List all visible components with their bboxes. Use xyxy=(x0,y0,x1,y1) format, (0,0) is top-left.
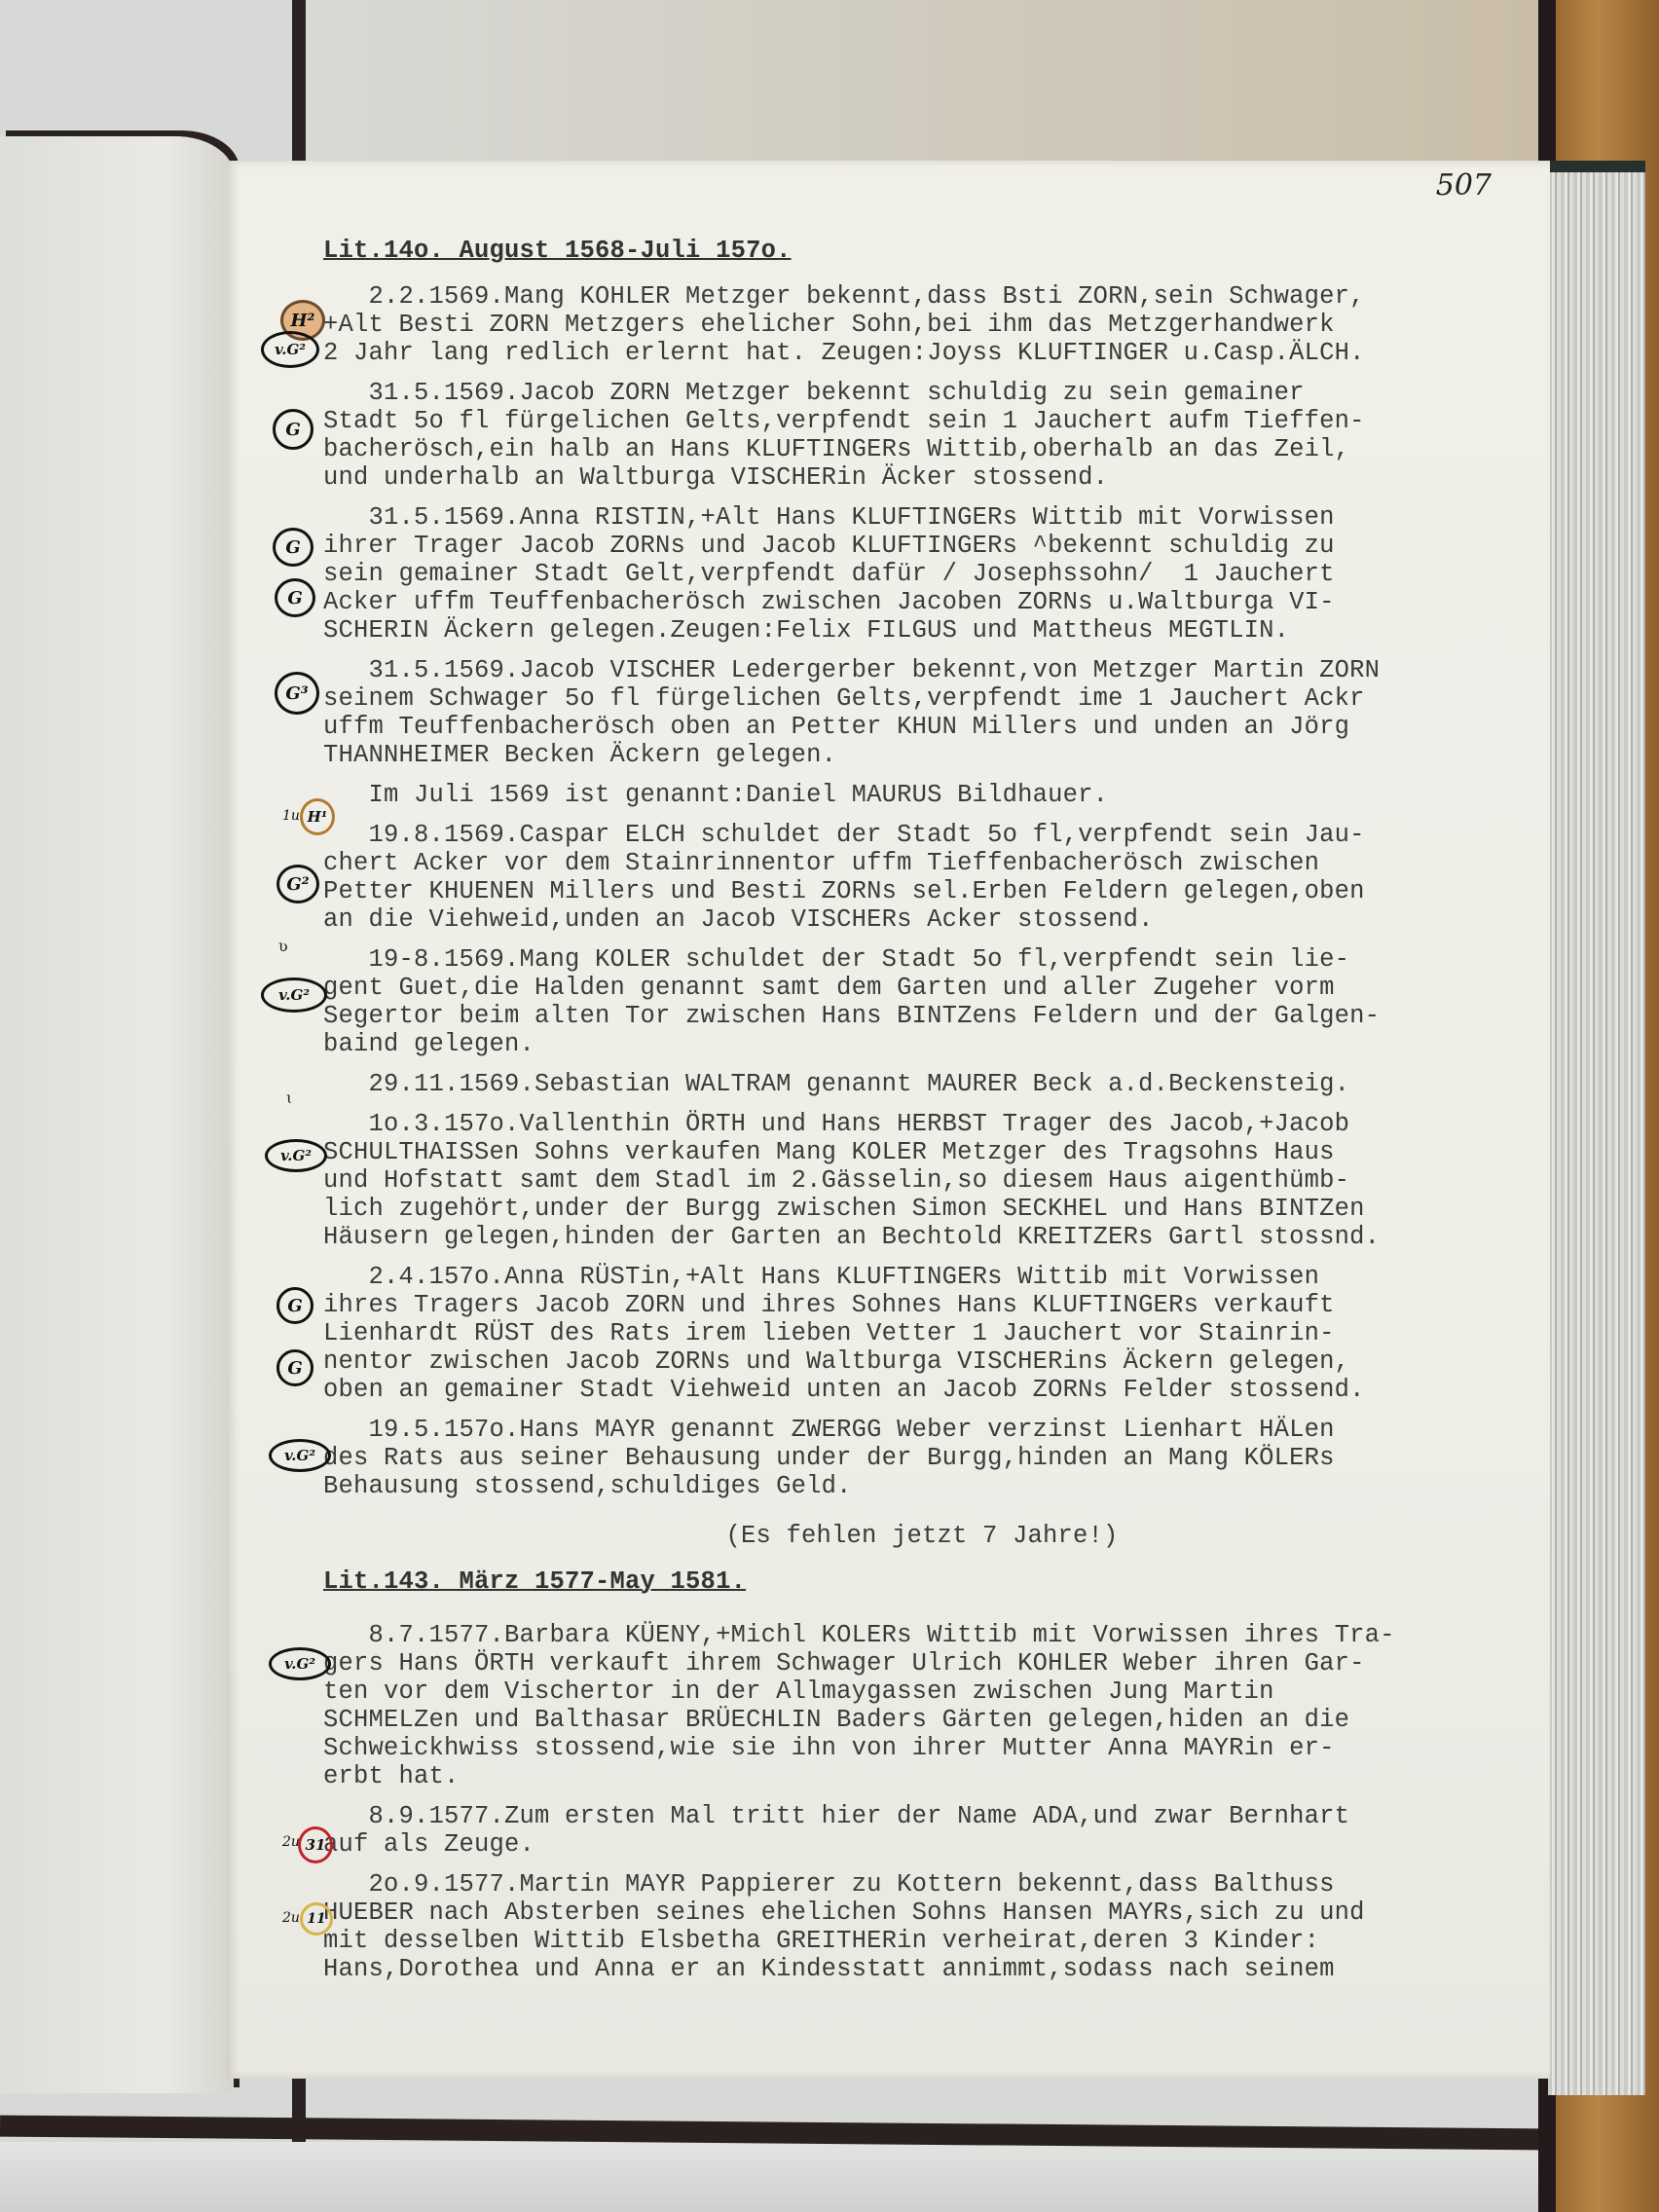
text-line: 31.5.1569.Anna RISTIN,+Alt Hans KLUFTING… xyxy=(323,503,1521,532)
record-entry: 8.9.1577.Zum ersten Mal tritt hier der N… xyxy=(323,1802,1521,1859)
text-line: Schweickhwiss stossend,wie sie ihn von i… xyxy=(323,1734,1521,1762)
text-line: mit desselben Wittib Elsbetha GREITHERin… xyxy=(323,1927,1521,1955)
text-line: ten vor dem Vischertor in der Allmaygass… xyxy=(323,1677,1521,1706)
gap-note: (Es fehlen jetzt 7 Jahre!) xyxy=(323,1522,1521,1550)
text-line: 2 Jahr lang redlich erlernt hat. Zeugen:… xyxy=(323,339,1521,367)
text-line: oben an gemainer Stadt Viehweid unten an… xyxy=(323,1376,1521,1404)
text-line: 31.5.1569.Jacob VISCHER Ledergerber beke… xyxy=(323,656,1521,684)
text-line: ihrer Trager Jacob ZORNs und Jacob KLUFT… xyxy=(323,532,1521,560)
text-line: Behausung stossend,schuldiges Geld. xyxy=(323,1472,1521,1500)
record-entry: 31.5.1569.Anna RISTIN,+Alt Hans KLUFTING… xyxy=(323,503,1521,645)
text-line: erbt hat. xyxy=(323,1762,1521,1790)
text-line: Petter KHUENEN Millers und Besti ZORNs s… xyxy=(323,877,1521,905)
annotation-prefix: 2u xyxy=(282,1910,300,1926)
text-line: bacherösch,ein halb an Hans KLUFTINGERs … xyxy=(323,435,1521,463)
annotation-mark: v.G² xyxy=(261,331,319,368)
text-line: des Rats aus seiner Behausung under der … xyxy=(323,1444,1521,1472)
annotation-mark: H¹ xyxy=(300,798,335,835)
annotation-tick: ɩ xyxy=(286,1088,292,1107)
text-line: SCHULTHAISSen Sohns verkaufen Mang KOLER… xyxy=(323,1138,1521,1166)
annotation-mark: G xyxy=(273,409,313,450)
text-line: 2.4.157o.Anna RÜSTin,+Alt Hans KLUFTINGE… xyxy=(323,1263,1521,1291)
section-heading: Lit.14o. August 1568-Juli 157o. xyxy=(323,237,1521,265)
annotation-prefix: 1u xyxy=(282,808,300,824)
text-line: Im Juli 1569 ist genannt:Daniel MAURUS B… xyxy=(323,781,1521,809)
text-line: 31.5.1569.Jacob ZORN Metzger bekennt sch… xyxy=(323,379,1521,407)
text-line: auf als Zeuge. xyxy=(323,1830,1521,1859)
text-line: gent Guet,die Halden genannt samt dem Ga… xyxy=(323,974,1521,1002)
text-line: 8.7.1577.Barbara KÜENY,+Michl KOLERs Wit… xyxy=(323,1621,1521,1649)
annotation-mark: G xyxy=(273,528,313,567)
text-line: und underhalb an Waltburga VISCHERin Äck… xyxy=(323,463,1521,492)
annotation-mark: G xyxy=(275,578,315,617)
record-entry: 29.11.1569.Sebastian WALTRAM genannt MAU… xyxy=(323,1070,1521,1098)
record-entry: 19-8.1569.Mang KOLER schuldet der Stadt … xyxy=(323,945,1521,1058)
annotation-mark: G xyxy=(276,1287,313,1324)
text-line: ihres Tragers Jacob ZORN und ihres Sohne… xyxy=(323,1291,1521,1319)
text-line: 1o.3.157o.Vallenthin ÖRTH und Hans HERBS… xyxy=(323,1110,1521,1138)
record-entry: Im Juli 1569 ist genannt:Daniel MAURUS B… xyxy=(323,781,1521,809)
section-heading: Lit.143. März 1577-May 1581. xyxy=(323,1567,1521,1596)
text-line: 19-8.1569.Mang KOLER schuldet der Stadt … xyxy=(323,945,1521,974)
text-line: sein gemainer Stadt Gelt,verpfendt dafür… xyxy=(323,560,1521,588)
annotation-mark: v.G² xyxy=(265,1139,327,1172)
text-line: Acker uffm Teuffenbacherösch zwischen Ja… xyxy=(323,588,1521,616)
text-line: SCHMELZen und Balthasar BRÜECHLIN Baders… xyxy=(323,1706,1521,1734)
text-line: Hans,Dorothea und Anna er an Kindesstatt… xyxy=(323,1955,1521,1983)
text-line: HUEBER nach Absterben seines ehelichen S… xyxy=(323,1899,1521,1927)
margin-annotations: H² v.G² G G G G³ 1u H¹ G² ʋ v.G² ɩ v.G² … xyxy=(261,0,349,2212)
text-line: lich zugehört,under der Burgg zwischen S… xyxy=(323,1195,1521,1223)
record-entry: 19.5.157o.Hans MAYR genannt ZWERGG Weber… xyxy=(323,1416,1521,1500)
left-book-page xyxy=(0,136,234,2093)
record-entry: 1o.3.157o.Vallenthin ÖRTH und Hans HERBS… xyxy=(323,1110,1521,1251)
background-tile xyxy=(306,0,1538,161)
text-line: 2o.9.1577.Martin MAYR Pappierer zu Kotte… xyxy=(323,1870,1521,1899)
record-entry: 2.4.157o.Anna RÜSTin,+Alt Hans KLUFTINGE… xyxy=(323,1263,1521,1404)
text-line: 19.8.1569.Caspar ELCH schuldet der Stadt… xyxy=(323,821,1521,849)
text-line: THANNHEIMER Becken Äckern gelegen. xyxy=(323,741,1521,769)
page-number: 507 xyxy=(1436,168,1492,203)
text-line: Lienhardt RÜST des Rats irem lieben Vett… xyxy=(323,1319,1521,1347)
annotation-tick: ʋ xyxy=(278,937,288,955)
record-entry: 19.8.1569.Caspar ELCH schuldet der Stadt… xyxy=(323,821,1521,934)
typewritten-text: Lit.14o. August 1568-Juli 157o. 2.2.1569… xyxy=(323,237,1521,1995)
text-line: +Alt Besti ZORN Metzgers ehelicher Sohn,… xyxy=(323,311,1521,339)
annotation-mark: 31 xyxy=(298,1826,333,1863)
text-line: 19.5.157o.Hans MAYR genannt ZWERGG Weber… xyxy=(323,1416,1521,1444)
book-page-edges xyxy=(1548,161,1645,2095)
text-line: Segertor beim alten Tor zwischen Hans BI… xyxy=(323,1002,1521,1030)
text-line: SCHERIN Äckern gelegen.Zeugen:Felix FILG… xyxy=(323,616,1521,645)
text-line: Stadt 5o fl fürgelichen Gelts,verpfendt … xyxy=(323,407,1521,435)
record-entry: 31.5.1569.Jacob VISCHER Ledergerber beke… xyxy=(323,656,1521,769)
annotation-mark: v.G² xyxy=(269,1647,331,1680)
annotation-mark: G³ xyxy=(275,672,319,715)
text-line: und Hofstatt samt dem Stadl im 2.Gässeli… xyxy=(323,1166,1521,1195)
annotation-mark: v.G² xyxy=(261,977,327,1013)
annotation-mark: G xyxy=(276,1349,313,1386)
text-line: nentor zwischen Jacob ZORNs und Waltburg… xyxy=(323,1347,1521,1376)
annotation-mark: v.G² xyxy=(269,1439,331,1472)
text-line: 2.2.1569.Mang KOHLER Metzger bekennt,das… xyxy=(323,282,1521,311)
text-line: Häusern gelegen,hinden der Garten an Bec… xyxy=(323,1223,1521,1251)
text-line: gers Hans ÖRTH verkauft ihrem Schwager U… xyxy=(323,1649,1521,1677)
text-line: baind gelegen. xyxy=(323,1030,1521,1058)
background-tile-bottom xyxy=(0,2142,1556,2212)
annotation-mark: 11 xyxy=(300,1902,333,1935)
annotation-mark: G² xyxy=(276,865,319,903)
text-line: 29.11.1569.Sebastian WALTRAM genannt MAU… xyxy=(323,1070,1521,1098)
text-line: an die Viehweid,unden an Jacob VISCHERs … xyxy=(323,905,1521,934)
record-entry: 2o.9.1577.Martin MAYR Pappierer zu Kotte… xyxy=(323,1870,1521,1983)
text-line: seinem Schwager 5o fl fürgelichen Gelts,… xyxy=(323,684,1521,713)
text-line: chert Acker vor dem Stainrinnentor uffm … xyxy=(323,849,1521,877)
record-entry: 8.7.1577.Barbara KÜENY,+Michl KOLERs Wit… xyxy=(323,1621,1521,1790)
text-line: uffm Teuffenbacherösch oben an Petter KH… xyxy=(323,713,1521,741)
text-line: 8.9.1577.Zum ersten Mal tritt hier der N… xyxy=(323,1802,1521,1830)
document-page: 507 Lit.14o. August 1568-Juli 157o. 2.2.… xyxy=(226,161,1550,2079)
record-entry: 31.5.1569.Jacob ZORN Metzger bekennt sch… xyxy=(323,379,1521,492)
record-entry: 2.2.1569.Mang KOHLER Metzger bekennt,das… xyxy=(323,282,1521,367)
